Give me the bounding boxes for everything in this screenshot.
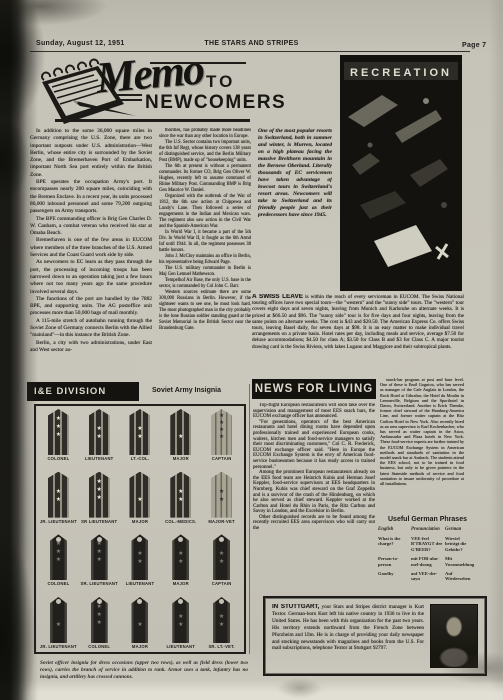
phrase-pronunciation: auf VEE-der-sayn	[411, 571, 445, 582]
phrases-col-header: Pronunciation	[411, 527, 445, 532]
masthead-dash1	[114, 94, 142, 96]
phrase-pronunciation: mit FOR-ahn-mel-doong	[411, 556, 445, 567]
shoulder-board-icon	[129, 409, 150, 455]
intro-italic-paragraph: One of the most popular resorts in Switz…	[258, 128, 332, 248]
paragraph: BPE operates the occupation Army's port.…	[30, 179, 152, 215]
soviet-insignia-title: Soviet Army Insignia	[152, 387, 221, 394]
insignia-label: LIEUTENANT	[126, 581, 155, 586]
german-phrases-section: Useful German Phrases English Pronunciat…	[378, 516, 477, 582]
insignia-label: SR LIEUTENANT	[81, 519, 117, 524]
shoulder-board-icon	[129, 472, 150, 518]
insignia-label: COL.-MEDICS.	[165, 519, 196, 524]
shoulder-board-icon	[91, 534, 108, 580]
paragraph: In addition to the some 36,000 square mi…	[30, 128, 152, 179]
news-for-living-label: NEWS FOR LIVING	[255, 383, 374, 395]
insignia-row-dress-1: COLONEL LIEUTENANT LT.-COL. MAJOR CAPTAI…	[38, 409, 242, 461]
insignia-cell: COLONEL	[38, 409, 79, 461]
insignia-cell: JR. LIEUTENANT	[38, 597, 79, 649]
insignia-cell: SR. LT.-VET.	[201, 597, 242, 649]
stuttgart-box: IN STUTTGART, your Stars and Stripes dis…	[263, 596, 487, 676]
ie-division-header-bar: I&E DIVISION	[28, 383, 138, 400]
insignia-cell: COLONEL	[79, 597, 120, 649]
paragraph: Top-flight European restaurateurs will s…	[253, 403, 375, 420]
paragraph: Western sources estimate there are some …	[159, 290, 251, 332]
svg-text:RECREATION: RECREATION	[350, 67, 452, 79]
shoulder-board-icon	[211, 409, 232, 455]
page-number: Page 7	[462, 42, 486, 49]
insignia-row-field-1: COLONEL SR. LIEUTENANT LIEUTENANT MAJOR …	[38, 534, 242, 586]
phrases-title: Useful German Phrases	[378, 516, 477, 523]
insignia-row-dress-2: JR. LIEUTENANT SR LIEUTENANT MAJOR COL.-…	[38, 472, 242, 524]
kurt-textor-portrait	[430, 604, 478, 668]
stuttgart-lead: IN STUTTGART,	[272, 604, 319, 610]
insignia-cell: MAJOR	[160, 409, 201, 461]
shoulder-board-icon	[48, 472, 69, 518]
insignia-label: LIEUTENANT	[85, 456, 114, 461]
insignia-row-field-2: JR. LIEUTENANT COLONEL MAJOR LIEUTENANT …	[38, 597, 242, 649]
insignia-cell: COLONEL	[38, 534, 79, 586]
insignia-cell: MAJOR	[120, 472, 161, 524]
paragraph: "For generations, operators of the best …	[253, 420, 375, 470]
insignia-cell: LIEUTENANT	[79, 409, 120, 461]
insignia-cell: CAPTAIN	[201, 409, 242, 461]
insignia-cell: LT.-COL.	[120, 409, 161, 461]
shoulder-board-icon	[172, 534, 189, 580]
phrase-pronunciation: VEE-feel B'TRAYGT dee G'BEER?	[411, 536, 445, 552]
insignia-cell: MAJOR	[160, 534, 201, 586]
paragraph: Tempelhof Air Base, the only U.S. base i…	[159, 278, 251, 290]
soviet-insignia-chart: COLONEL LIEUTENANT LT.-COL. MAJOR CAPTAI…	[34, 404, 246, 654]
stuttgart-text: IN STUTTGART, your Stars and Stripes dis…	[272, 604, 424, 668]
shoulder-board-icon	[48, 409, 69, 455]
insignia-cell: MAJOR	[120, 597, 161, 649]
insignia-cell: MAJOR-VET	[201, 472, 242, 524]
insignia-cell: COL.-MEDICS.	[160, 472, 201, 524]
insignia-label: LIEUTENANT	[167, 644, 196, 649]
insignia-cell: CAPTAIN	[201, 534, 242, 586]
shoulder-board-icon	[170, 472, 191, 518]
paragraph: Other distinguished records are to be fo…	[253, 515, 375, 532]
insignia-label: MAJOR	[173, 456, 189, 461]
paragraph: Organized with the outbreak of the War o…	[159, 194, 251, 230]
shoulder-board-icon	[213, 597, 230, 643]
news-for-living-column-2: snack-bar program at post and base level…	[380, 377, 464, 513]
insignia-label: MAJOR-VET	[208, 519, 234, 524]
phrases-table: English Pronunciation German What is the…	[378, 527, 477, 582]
insignia-label: COLONEL	[47, 456, 69, 461]
insignia-label: CAPTAIN	[212, 581, 232, 586]
paragraph: Bremerhaven is one of the few areas in E…	[30, 237, 152, 259]
shoulder-board-icon	[89, 409, 110, 455]
insignia-cell: LIEUTENANT	[160, 597, 201, 649]
column-divider-rule	[249, 384, 250, 654]
shoulder-board-icon	[50, 534, 67, 580]
news-for-living-header-bar: NEWS FOR LIVING	[253, 380, 375, 398]
phrase-english: Goodby	[378, 571, 411, 582]
insignia-label: JR. LIEUTENANT	[40, 519, 77, 524]
ie-division-label: I&E DIVISION	[34, 386, 106, 397]
shoulder-board-icon	[50, 597, 67, 643]
phrase-english: What is the charge?	[378, 536, 411, 552]
newspaper-page: Sunday, August 12, 1951 THE STARS AND ST…	[0, 0, 503, 700]
paragraph: thorities, has probably made more headli…	[159, 128, 251, 140]
insignia-label: MAJOR	[132, 519, 148, 524]
insignia-label: JR. LIEUTENANT	[40, 644, 77, 649]
paragraph: The BPE commanding officer is Brig Gen C…	[30, 216, 152, 238]
paragraph: snack-bar program at post and base level…	[380, 377, 464, 486]
shoulder-board-icon	[131, 597, 148, 643]
shoulder-board-icon	[172, 597, 189, 643]
insignia-caption: Soviet officer insignia for dress occasi…	[40, 660, 248, 681]
paragraph: In World War I, it became a part of the …	[159, 230, 251, 254]
insignia-cell: JR. LIEUTENANT	[38, 472, 79, 524]
stuttgart-body: your Stars and Stripes district manager …	[272, 604, 424, 651]
shoulder-board-icon	[89, 472, 110, 518]
swiss-leave-body: is within the reach of every serviceman …	[252, 294, 464, 350]
shoulder-board-icon	[131, 534, 148, 580]
shoulder-board-icon	[170, 409, 191, 455]
insignia-label: MAJOR	[132, 644, 148, 649]
article-column-2: thorities, has probably made more headli…	[159, 128, 251, 374]
masthead-rule-top	[150, 62, 246, 64]
paragraph: The functions of the port are handled by…	[30, 296, 152, 318]
swiss-leave-caption: A SWISS LEAVE is within the reach of eve…	[252, 294, 464, 360]
insignia-label: LT.-COL.	[131, 456, 150, 461]
shoulder-board-icon	[213, 534, 230, 580]
paragraph: As newcomers to EC learn as they pass th…	[30, 259, 152, 295]
phrases-col-header: German	[445, 527, 475, 532]
paragraph: A 115-mile stretch of autobahn running t…	[30, 318, 152, 340]
masthead-dash2	[120, 99, 142, 101]
paragraph: The U.S. military commander in Berlin is…	[159, 266, 251, 278]
paragraph: Berlin, a city with two administrations,…	[30, 340, 152, 355]
insignia-label: SR. LT.-VET.	[208, 644, 234, 649]
masthead-rule-bottom	[55, 119, 250, 122]
paragraph: John J. McCloy maintains an office in Be…	[159, 254, 251, 266]
shoulder-board-icon	[91, 597, 108, 643]
shoulder-board-icon	[211, 472, 232, 518]
insignia-label: CAPTAIN	[212, 456, 232, 461]
insignia-label: COLONEL	[88, 644, 110, 649]
paragraph: The U.S. Sector contains two important u…	[159, 140, 251, 164]
insignia-cell: SR. LIEUTENANT	[79, 534, 120, 586]
insignia-cell: LIEUTENANT	[120, 534, 161, 586]
insignia-label: SR. LIEUTENANT	[80, 581, 117, 586]
insignia-label: MAJOR	[173, 581, 189, 586]
phrases-col-header: English	[378, 527, 411, 532]
insignia-label: COLONEL	[47, 581, 69, 586]
phrase-english: Person-to-person	[378, 556, 411, 567]
recreation-photo: RECREATION	[340, 55, 462, 291]
paragraph: Among the prominent European restaurateu…	[253, 470, 375, 515]
memo-to: TO	[206, 72, 235, 92]
paragraph: The 6th at present is without a permanen…	[159, 164, 251, 194]
paper-title: THE STARS AND STRIPES	[0, 40, 503, 47]
phrase-german: Wieviel beträgt die Gebühr?	[445, 536, 475, 552]
memo-newcomers: NEWCOMERS	[145, 92, 286, 114]
article-column-1: In addition to the some 36,000 square mi…	[30, 128, 152, 374]
news-for-living-column-1: Top-flight European restaurateurs will s…	[253, 403, 375, 591]
insignia-cell: SR LIEUTENANT	[79, 472, 120, 524]
phrase-german: Mit Voranmeldung	[445, 556, 475, 567]
phrase-german: Auf Wiedersehen	[445, 571, 475, 582]
